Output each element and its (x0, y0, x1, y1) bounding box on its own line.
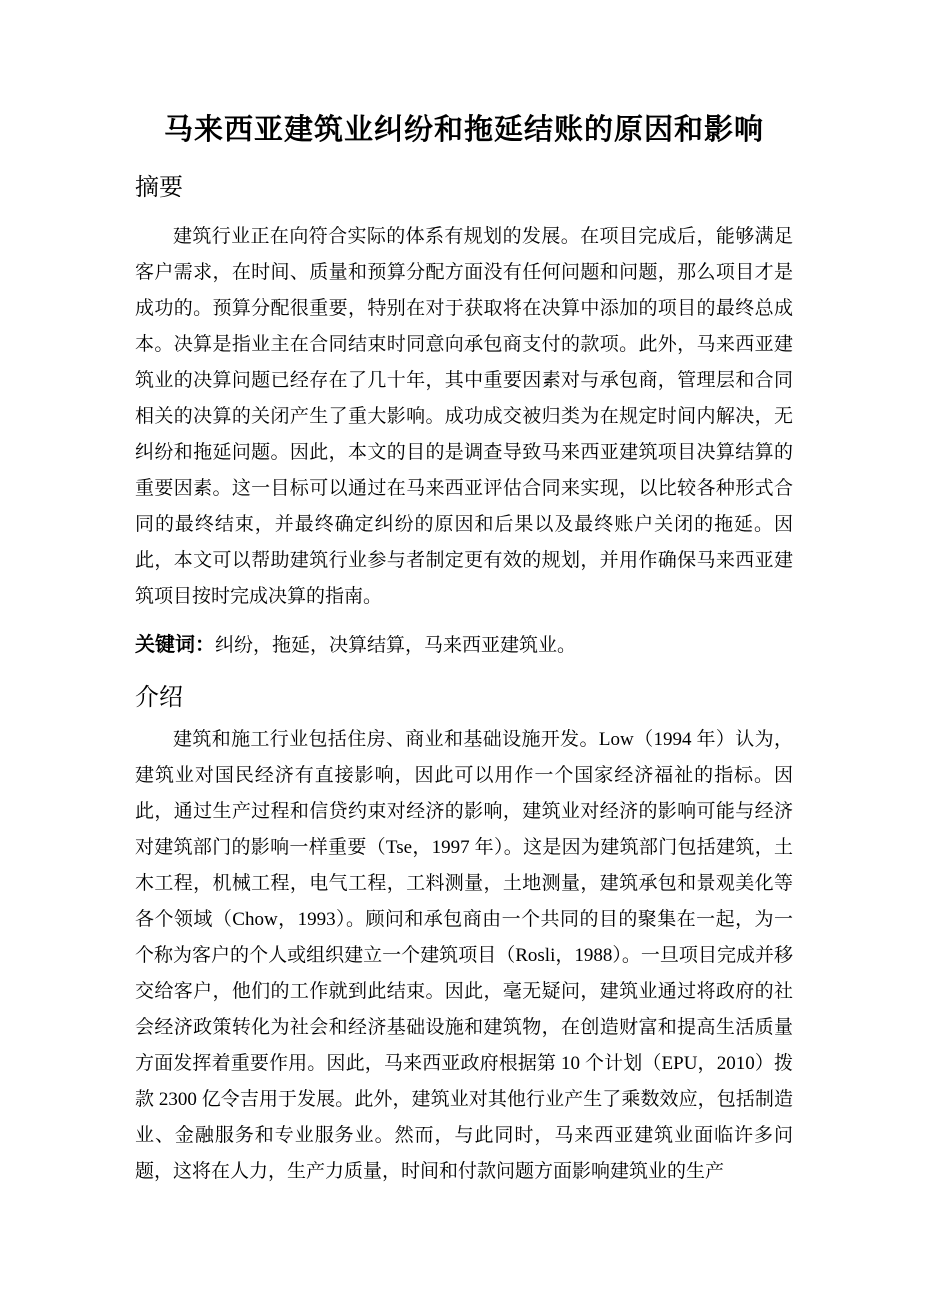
keywords-text: 纠纷，拖延，决算结算，马来西亚建筑业。 (215, 635, 576, 656)
keywords-label: 关键词： (135, 634, 215, 656)
document-page: 马来西亚建筑业纠纷和拖延结账的原因和影响 摘要 建筑行业正在向符合实际的体系有规… (0, 0, 926, 1309)
abstract-heading: 摘要 (135, 172, 793, 204)
keywords-line: 关键词：纠纷，拖延，决算结算，马来西亚建筑业。 (135, 627, 793, 664)
abstract-paragraph: 建筑行业正在向符合实际的体系有规划的发展。在项目完成后，能够满足客户需求，在时间… (135, 219, 793, 615)
introduction-paragraph: 建筑和施工行业包括住房、商业和基础设施开发。Low（1994 年）认为，建筑业对… (135, 722, 793, 1190)
introduction-heading: 介绍 (135, 682, 793, 714)
document-title: 马来西亚建筑业纠纷和拖延结账的原因和影响 (135, 0, 793, 154)
